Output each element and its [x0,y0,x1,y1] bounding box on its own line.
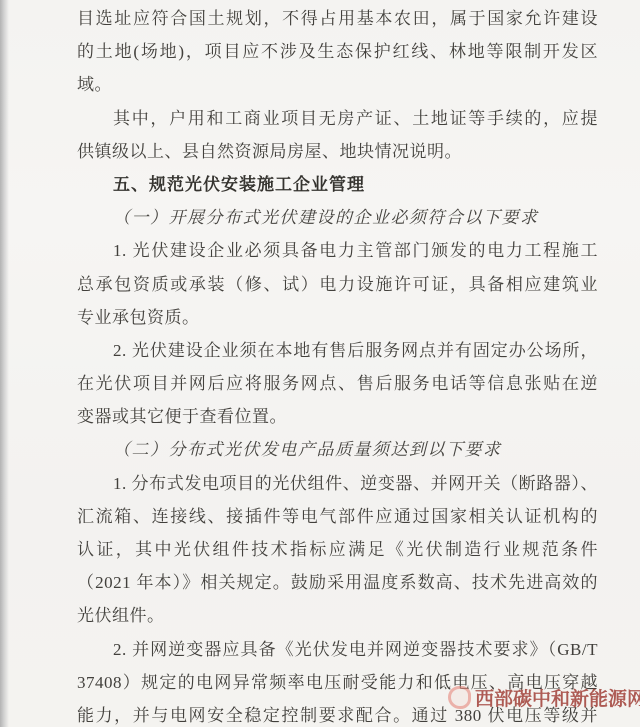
document-line: 能力，并与电网安全稳定控制要求配合。通过 380 伏电压等级并 [77,699,598,727]
document-line: 在光伏项目并网后应将服务网点、售后服务电话等信息张贴在逆 [77,367,598,400]
scan-edge-strip [0,0,9,727]
scanned-document-page: 目选址应符合国土规划，不得占用基本农田，属于国家允许建设 的土地(场地)，项目应… [0,0,640,727]
document-line: 2. 并网逆变器应具备《光伏发电并网逆变器技术要求》（GB/T [77,633,598,666]
document-line: 总承包资质或承装（修、试）电力设施许可证，具备相应建筑业 [77,268,598,301]
document-line: 其中，户用和工商业项目无房产证、土地证等手续的，应提 [77,102,598,135]
document-text-block: 目选址应符合国土规划，不得占用基本农田，属于国家允许建设 的土地(场地)，项目应… [77,2,598,727]
subsection-heading: （二）分布式光伏发电产品质量须达到以下要求 [77,433,598,466]
document-line: 域。 [77,68,598,101]
document-line: （2021 年本）》相关规定。鼓励采用温度系数高、技术先进高效的 [77,566,598,599]
document-line: 认证，其中光伏组件技术指标应满足《光伏制造行业规范条件 [77,533,598,566]
subsection-heading: （一）开展分布式光伏建设的企业必须符合以下要求 [77,201,598,234]
document-line: 2. 光伏建设企业须在本地有售后服务网点并有固定办公场所， [77,334,598,367]
document-line: 目选址应符合国土规划，不得占用基本农田，属于国家允许建设 [77,2,598,35]
document-line: 1. 光伏建设企业必须具备电力主管部门颁发的电力工程施工 [77,234,598,267]
section-heading: 五、规范光伏安装施工企业管理 [77,168,598,201]
document-line: 1. 分布式发电项目的光伏组件、逆变器、并网开关（断路器）、 [77,467,598,500]
document-line: 变器或其它便于查看位置。 [77,400,598,433]
document-line: 专业承包资质。 [77,301,598,334]
document-line: 光伏组件。 [77,599,598,632]
document-line: 的土地(场地)，项目应不涉及生态保护红线、林地等限制开发区 [77,35,598,68]
document-line: 汇流箱、连接线、接插件等电气部件应通过国家相关认证机构的 [77,500,598,533]
document-line: 37408）规定的电网异常频率电压耐受能力和低电压、高电压穿越 [77,666,598,699]
document-line: 供镇级以上、县自然资源局房屋、地块情况说明。 [77,135,598,168]
